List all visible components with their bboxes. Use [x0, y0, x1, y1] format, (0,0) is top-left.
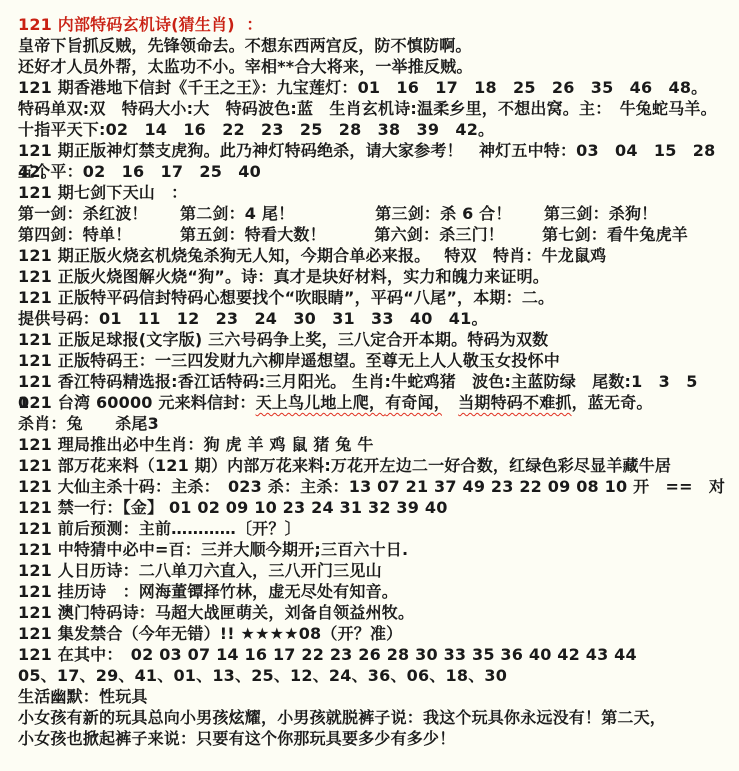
squiggle-underlined-text: 有奇闻，: [385, 393, 442, 412]
text-line: 121 正版特码王：一三四发财九六柳岸遥想望。至尊无上人人敬玉女投怀中: [18, 350, 731, 371]
text-line: 杀肖：兔 杀尾3: [18, 413, 731, 434]
text-line: 121 正版特平码信封特码心想要找个“吹眼睛”，平码“八尾”，本期：二。: [18, 287, 731, 308]
text-line: 提供号码：01 11 12 23 24 30 31 33 40 41。: [18, 308, 731, 329]
text-line: 121 在其中： 02 03 07 14 16 17 22 23 26 28 3…: [18, 644, 731, 665]
text-line: 05、17、29、41、01、13、25、12、24、36、06、18、30: [18, 665, 731, 686]
text-line: 121 香江特码精选报:香江话特码:三月阳光。 生肖:牛蛇鸡猪 波色:主蓝防绿 …: [18, 371, 731, 392]
text-line: 121 正版火烧图解火烧“狗”。诗：真才是块好材料，实力和魄力来证明。: [18, 266, 731, 287]
text-line: 121 理局推出必中生肖：狗 虎 羊 鸡 鼠 猪 兔 牛: [18, 434, 731, 455]
squiggle-underlined-text: 当期特码不难抓: [458, 393, 571, 412]
text-line: 生活幽默：性玩具: [18, 686, 731, 707]
text-line: 五个平：02 16 17 25 40: [18, 161, 731, 182]
text-line: 121 禁一行：【金】 01 02 09 10 23 24 31 32 39 4…: [18, 497, 731, 518]
text-line: 121 期正版火烧玄机烧兔杀狗无人知，今期合单必来报。 特双 特肖：牛龙鼠鸡: [18, 245, 731, 266]
text-line: 121 中特猜中必中=百：三并大顺今期开;三百六十日.: [18, 539, 731, 560]
text-line: 还好才人员外帮，太监功不小。宰相**合大将来，一举推反贼。: [18, 56, 731, 77]
text-line: 121 期香港地下信封《千王之王》：九宝莲灯：01 16 17 18 25 26…: [18, 77, 731, 98]
text-line: 121 澳门特码诗：马超大战匣萌关，刘备自领益州牧。: [18, 602, 731, 623]
text-segment: 121 台湾 60000 元来料信封：: [18, 393, 256, 412]
text-line: 121 期正版神灯禁支虎狗。此乃神灯特码绝杀，请大家参考！ 神灯五中特：03 0…: [18, 140, 731, 161]
text-line: 小女孩也掀起裤子来说：只要有这个你那玩具要多少有多少！: [18, 728, 731, 749]
document-body: 121 内部特码玄机诗(猜生肖) ：皇帝下旨抓反贼，先锋领命去。不想东西两宫反，…: [18, 14, 731, 749]
sheet-title: 121 内部特码玄机诗(猜生肖) ：: [18, 14, 731, 35]
lottery-tip-sheet: 121 内部特码玄机诗(猜生肖) ：皇帝下旨抓反贼，先锋领命去。不想东西两宫反，…: [0, 0, 739, 771]
text-line: 第一剑：杀红波！ 第二剑：4 尾！ 第三剑：杀 6 合！ 第三剑：杀狗！: [18, 203, 731, 224]
text-line: 皇帝下旨抓反贼，先锋领命去。不想东西两宫反，防不慎防啊。: [18, 35, 731, 56]
text-line: 121 期七剑下天山 ：: [18, 182, 731, 203]
text-segment: ，蓝无奇。: [572, 393, 653, 412]
text-line: 第四剑：特单！ 第五剑：特看大数！ 第六剑：杀三门！ 第七剑：看牛兔虎羊: [18, 224, 731, 245]
text-line: 121 正版足球报(文字版) 三六号码争上奖，三八定合开本期。特码为双数: [18, 329, 731, 350]
text-line: 小女孩有新的玩具总向小男孩炫耀，小男孩就脱裤子说：我这个玩具你永远没有！第二天，: [18, 707, 731, 728]
text-line: 121 挂历诗 ：网海董镡择竹林，虚无尽处有知音。: [18, 581, 731, 602]
text-line: 121 部万花来料（121 期）内部万花来料:万花开左边二一好合数，红绿色彩尽显…: [18, 455, 731, 476]
text-line: 121 集发禁合（今年无错）!! ★★★★08（开？准）: [18, 623, 731, 644]
text-segment: [442, 393, 458, 412]
text-line: 特码单双:双 特码大小:大 特码波色:蓝 生肖玄机诗:温柔乡里，不想出窝。主： …: [18, 98, 731, 119]
text-line: 十指平天下:02 14 16 22 23 25 28 38 39 42。: [18, 119, 731, 140]
text-line: 121 大仙主杀十码：主杀： 023 杀：主杀：13 07 21 37 49 2…: [18, 476, 731, 497]
text-line: 121 台湾 60000 元来料信封：天上鸟儿地上爬，有奇闻， 当期特码不难抓，…: [18, 392, 731, 413]
text-line: 121 前后预测：主前…………〔开？〕: [18, 518, 731, 539]
squiggle-underlined-text: 天上鸟儿地上爬，: [256, 393, 386, 412]
text-line: 121 人日历诗：二八单刀六直入，三八开门三见山: [18, 560, 731, 581]
